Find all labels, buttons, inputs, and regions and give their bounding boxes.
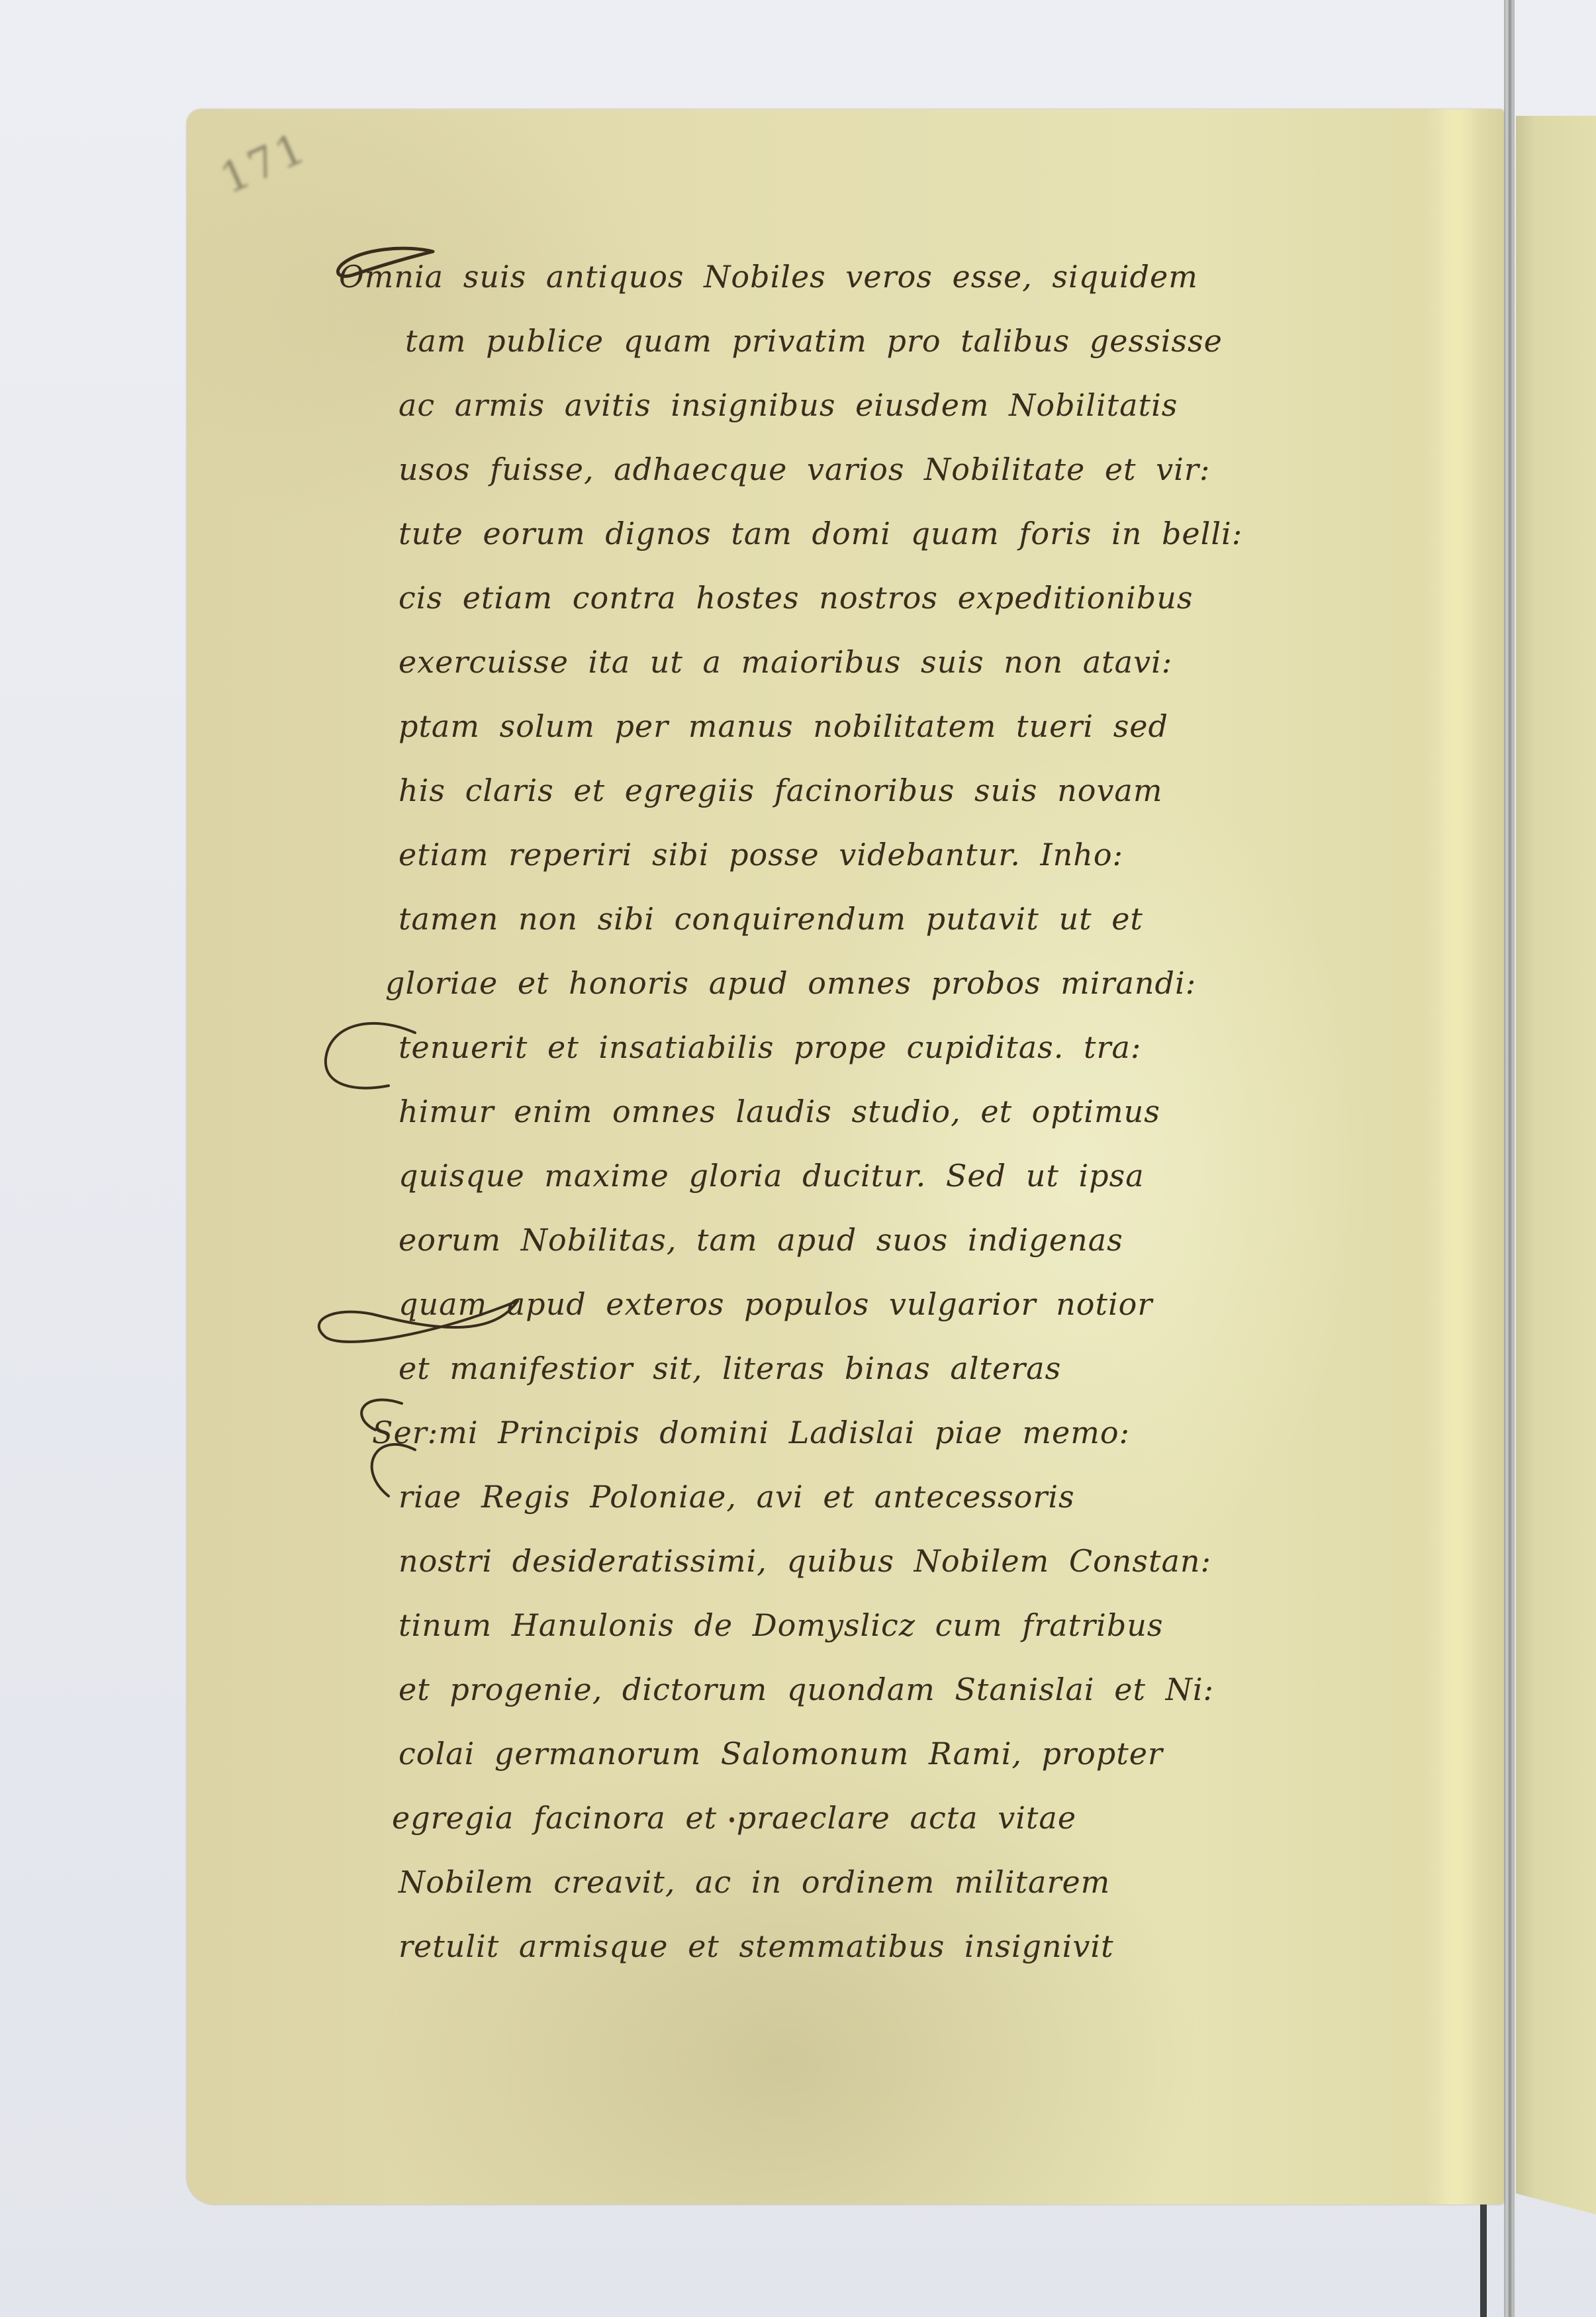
text-line: himur enim omnes laudis studio, et optim… [339, 1080, 1266, 1144]
text-line: etiam reperiri sibi posse videbantur. In… [339, 823, 1266, 887]
page-fold-crease [1439, 109, 1479, 2204]
text-line: et progenie, dictorum quondam Stanislai … [339, 1658, 1266, 1722]
text-line: retulit armisque et stemmatibus insigniv… [339, 1915, 1266, 1979]
text-line: Omnia suis antiquos Nobiles veros esse, … [339, 245, 1266, 309]
text-line: tamen non sibi conquirendum putavit ut e… [339, 887, 1266, 951]
book-gutter [1504, 0, 1515, 2317]
text-line: Nobilem creavit, ac in ordinem militarem [339, 1850, 1266, 1915]
text-line: riae Regis Poloniae, avi et antecessoris [339, 1465, 1266, 1529]
text-line: ptam solum per manus nobilitatem tueri s… [339, 694, 1266, 759]
text-line: et manifestior sit, literas binas altera… [339, 1337, 1266, 1401]
folio-number: 171 [213, 116, 353, 256]
text-line: Ser:mi Principis domini Ladislai piae me… [339, 1401, 1266, 1465]
facing-page-edge [1516, 116, 1596, 2214]
text-line: tam publice quam privatim pro talibus ge… [339, 309, 1266, 373]
gutter-shadow [1480, 2199, 1487, 2317]
text-line: quisque maxime gloria ducitur. Sed ut ip… [339, 1144, 1266, 1208]
text-line: quam apud exteros populos vulgarior noti… [339, 1272, 1266, 1337]
text-line: gloriae et honoris apud omnes probos mir… [339, 951, 1266, 1016]
text-line: tenuerit et insatiabilis prope cupiditas… [339, 1016, 1266, 1080]
text-line: tute eorum dignos tam domi quam foris in… [339, 502, 1266, 566]
text-line: exercuisse ita ut a maioribus suis non a… [339, 630, 1266, 694]
ink-dot [729, 1817, 734, 1822]
text-line: usos fuisse, adhaecque varios Nobilitate… [339, 438, 1266, 502]
manuscript-page: 171 Omnia suis antiquos Nobiles veros es… [187, 109, 1504, 2204]
text-line: nostri desideratissimi, quibus Nobilem C… [339, 1529, 1266, 1593]
text-line: tinum Hanulonis de Domyslicz cum fratrib… [339, 1593, 1266, 1658]
text-line: egregia facinora et praeclare acta vitae [339, 1786, 1266, 1850]
text-line: eorum Nobilitas, tam apud suos indigenas [339, 1208, 1266, 1272]
text-line: cis etiam contra hostes nostros expediti… [339, 566, 1266, 630]
text-line: ac armis avitis insignibus eiusdem Nobil… [339, 373, 1266, 438]
manuscript-text: Omnia suis antiquos Nobiles veros esse, … [339, 245, 1266, 1979]
text-line: his claris et egregiis facinoribus suis … [339, 759, 1266, 823]
text-line: colai germanorum Salomonum Rami, propter [339, 1722, 1266, 1786]
